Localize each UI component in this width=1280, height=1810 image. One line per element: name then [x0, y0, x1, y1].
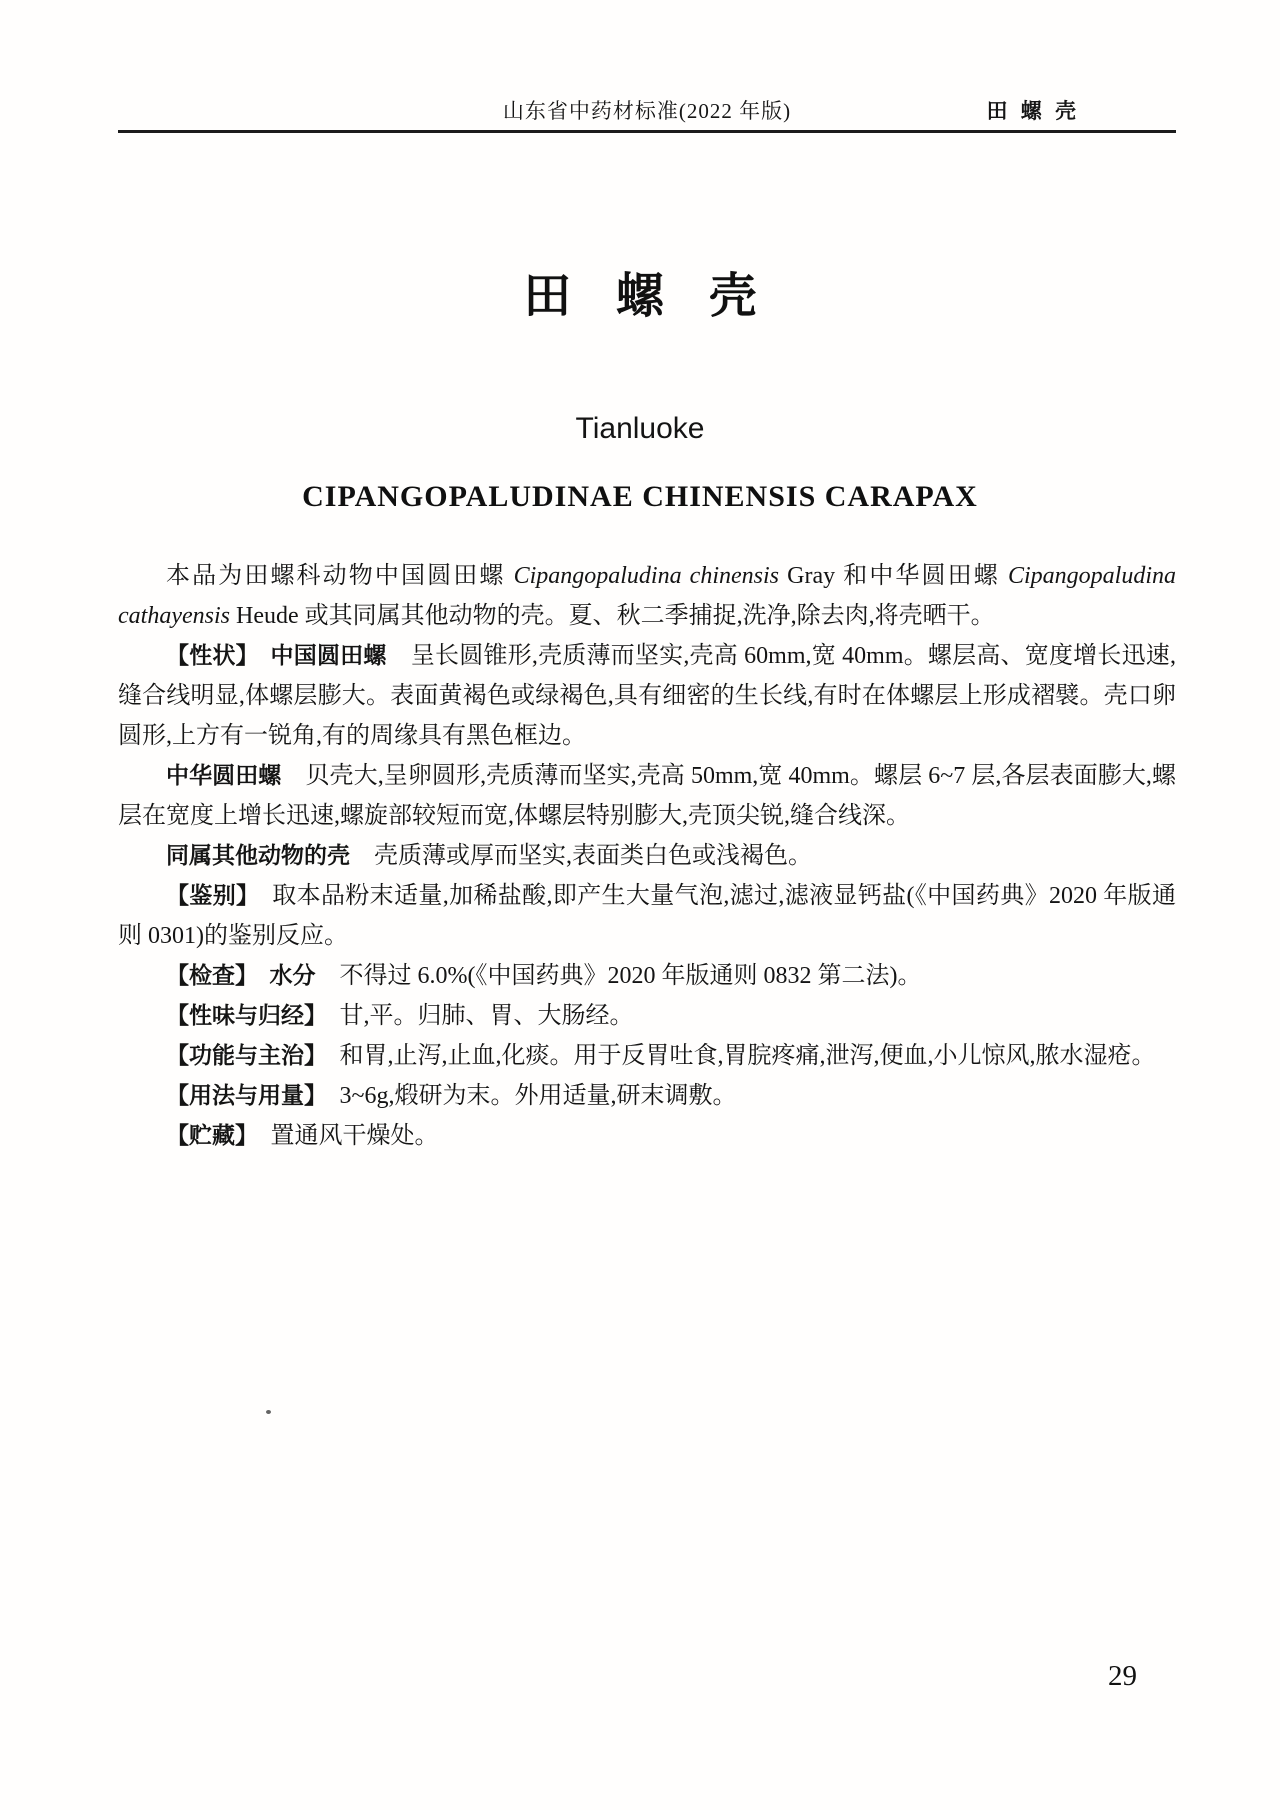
- para-description: 【性状】 中国圆田螺 呈长圆锥形,壳质薄而坚实,壳高 60mm,宽 40mm。螺…: [118, 636, 1176, 756]
- para-identification: 【鉴别】 取本品粉末适量,加稀盐酸,即产生大量气泡,滤过,滤液显钙盐(《中国药典…: [118, 876, 1176, 956]
- header-rule: [118, 130, 1176, 133]
- section-text: 不得过 6.0%(《中国药典》2020 年版通则 0832 第二法)。: [316, 963, 922, 989]
- section-label: 【功能与主治】: [166, 1043, 316, 1069]
- species-name-italic: Cipangopaludina chinensis: [514, 563, 779, 589]
- section-label: 【性味与归经】: [166, 1003, 316, 1029]
- page-number: 29: [1108, 1660, 1137, 1693]
- para-dosage: 【用法与用量】 3~6g,煅研为末。外用适量,研末调敷。: [118, 1076, 1176, 1116]
- source-text: Heude 或其同属其他动物的壳。夏、秋二季捕捉,洗净,除去肉,将壳晒干。: [230, 603, 995, 629]
- scan-speck: [266, 1410, 271, 1414]
- source-text: Gray 和中华圆田螺: [779, 563, 1008, 589]
- section-text: 甘,平。归肺、胃、大肠经。: [316, 1003, 634, 1029]
- para-examination: 【检查】 水分 不得过 6.0%(《中国药典》2020 年版通则 0832 第二…: [118, 956, 1176, 996]
- para-function-indication: 【功能与主治】 和胃,止泻,止血,化痰。用于反胃吐食,胃脘疼痛,泄泻,便血,小儿…: [118, 1036, 1176, 1076]
- subsection-label: 水分: [247, 963, 316, 989]
- section-label: 【鉴别】: [166, 883, 248, 909]
- monograph-title-latin: CIPANGOPALUDINAE CHINENSIS CARAPAX: [0, 480, 1280, 514]
- section-text: 壳质薄或厚而坚实,表面类白色或浅褐色。: [350, 843, 812, 869]
- document-page: 山东省中药材标准(2022 年版) 田 螺 壳 田 螺 壳 Tianluoke …: [0, 0, 1280, 1810]
- para-source: 本品为田螺科动物中国圆田螺 Cipangopaludina chinensis …: [118, 556, 1176, 636]
- para-property-meridian: 【性味与归经】 甘,平。归肺、胃、大肠经。: [118, 996, 1176, 1036]
- section-label: 【贮藏】: [166, 1123, 247, 1149]
- section-label: 【性状】: [166, 643, 247, 669]
- subsection-label: 同属其他动物的壳: [166, 843, 350, 869]
- subsection-label: 中华圆田螺: [166, 763, 281, 789]
- section-label: 【检查】: [166, 963, 247, 989]
- monograph-title-pinyin: Tianluoke: [0, 412, 1280, 446]
- section-text: 3~6g,煅研为末。外用适量,研末调敷。: [316, 1083, 737, 1109]
- section-text: 取本品粉末适量,加稀盐酸,即产生大量气泡,滤过,滤液显钙盐(《中国药典》2020…: [118, 883, 1176, 949]
- para-description2: 中华圆田螺 贝壳大,呈卵圆形,壳质薄而坚实,壳高 50mm,宽 40mm。螺层 …: [118, 756, 1176, 836]
- section-label: 【用法与用量】: [166, 1083, 316, 1109]
- para-storage: 【贮藏】 置通风干燥处。: [118, 1116, 1176, 1156]
- source-text: 本品为田螺科动物中国圆田螺: [166, 563, 514, 589]
- section-text: 和胃,止泻,止血,化痰。用于反胃吐食,胃脘疼痛,泄泻,便血,小儿惊风,脓水湿疮。: [316, 1043, 1156, 1069]
- monograph-body: 本品为田螺科动物中国圆田螺 Cipangopaludina chinensis …: [118, 556, 1176, 1156]
- page-header: 山东省中药材标准(2022 年版) 田 螺 壳: [118, 94, 1176, 128]
- header-monograph-title: 田 螺 壳: [987, 94, 1081, 128]
- para-description3: 同属其他动物的壳 壳质薄或厚而坚实,表面类白色或浅褐色。: [118, 836, 1176, 876]
- subsection-label: 中国圆田螺: [247, 643, 386, 669]
- monograph-title-chinese: 田 螺 壳: [0, 268, 1280, 326]
- section-text: 置通风干燥处。: [247, 1123, 439, 1149]
